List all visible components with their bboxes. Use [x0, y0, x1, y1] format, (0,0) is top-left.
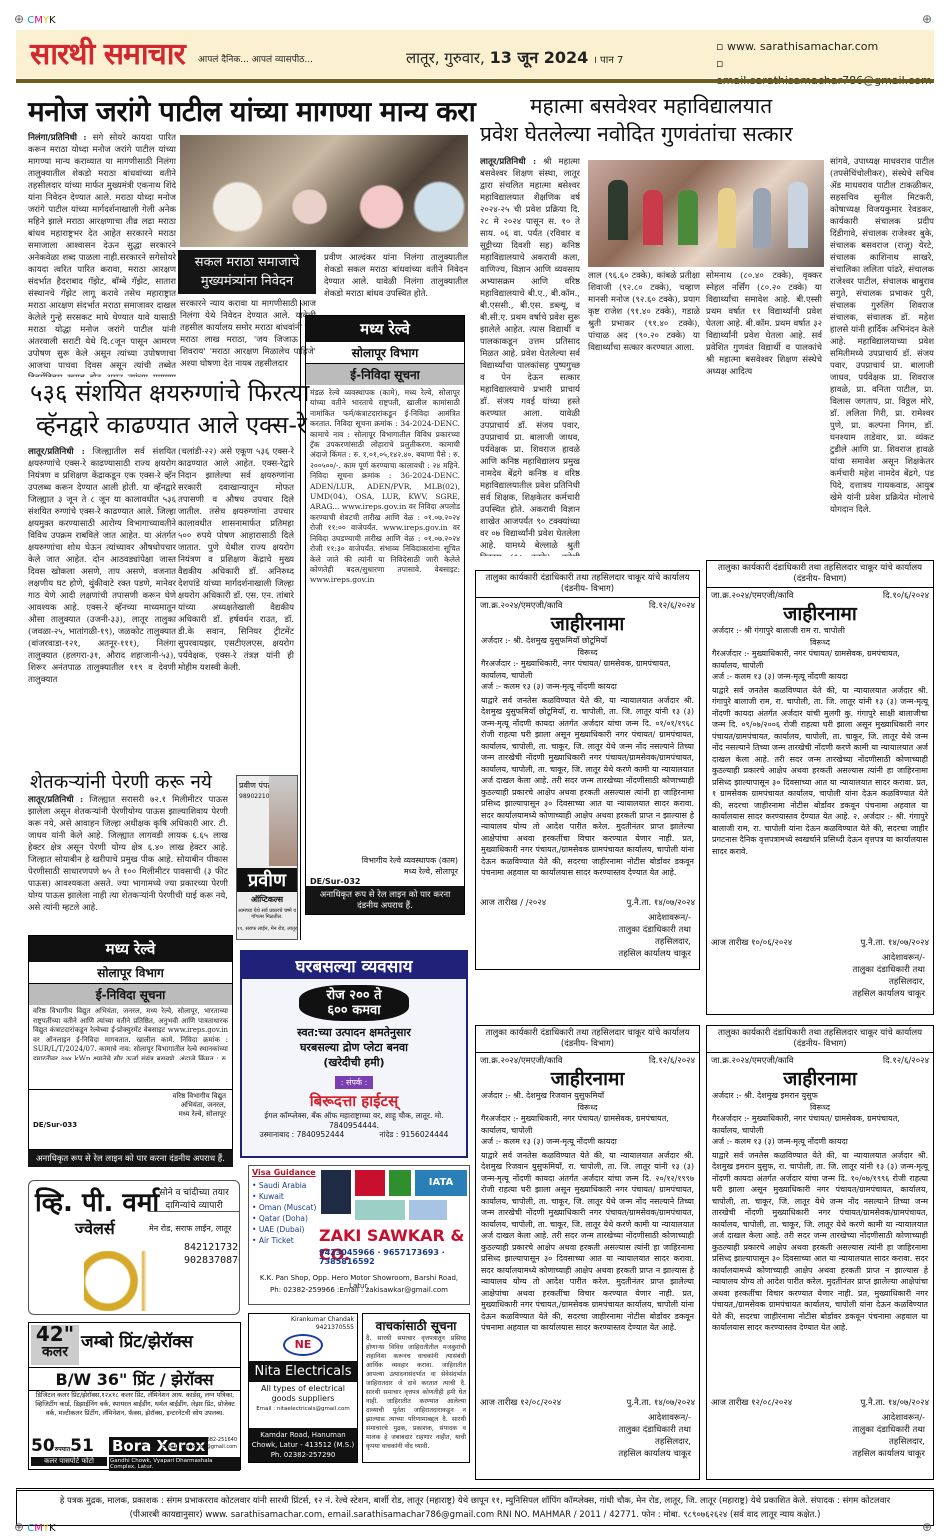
starburst-badge: रोज २०० ते६०० कमवा: [299, 985, 409, 1021]
umrah-icon: [389, 1170, 411, 1196]
id-card-icon: [409, 1200, 447, 1220]
headline-maratha: मनोज जरांगे पाटील यांच्या मागण्या मान्य …: [28, 92, 475, 130]
tender-division: सोलापूर विभाग: [306, 342, 464, 364]
public-notice: तालुका कार्यकारी दंडाधिकारी तथा तहसिलदार…: [706, 1025, 934, 1480]
visa-item: • Qatar (Doha): [252, 1213, 316, 1224]
visa-item: • UAE (Dubai): [252, 1224, 316, 1235]
cmyk-mark-top: ⊕ CMYK: [14, 12, 56, 26]
imprint-footer: हे पत्रक मुद्रक, मालक, प्रकाशक : संगम प्…: [16, 1488, 934, 1526]
headline-farmers: शेतकऱ्यांनी पेरणी करू नये: [30, 768, 212, 794]
story-college-col3: सोमनाथ (८०.४० टक्के), वृक्कर स्नेहल नर्स…: [706, 270, 822, 555]
tender-body: मंडळ रेल्वे व्यवस्थापक (कामे), मध्य रेल्…: [306, 385, 464, 855]
ad-bora-xerox: 42"कलर जम्बो प्रिंट/झेरॉक्स B/W 36" प्रि…: [28, 1322, 241, 1470]
headline-college-line2: प्रवेश घेतलेल्या नवोदित गुणवंतांचा सत्का…: [480, 120, 793, 148]
cmyk-mark-bottom: ⊕ CMYK: [14, 1520, 56, 1534]
story-college-col2: लाल (९६.६० टक्के), कांबळे प्रतीक्षा शिवा…: [588, 270, 700, 555]
visa-item: • Oman (Muscat): [252, 1202, 316, 1213]
visa-item: • Saudi Arabia: [252, 1180, 316, 1191]
story-tb-col2: (चलांडी-२२) असे एकूण ५३६ एक्स-रे काढण्या…: [178, 446, 294, 766]
reader-notice: वाचकांसाठी सूचना दै. सारथी समाचार वृत्तप…: [362, 1313, 470, 1463]
tender-notice-mid: मध्य रेल्वे सोलापूर विभाग ई-निविदा सूचना…: [305, 315, 465, 915]
masthead: सारथी समाचार आपलं दैनिक... आपलं व्यासपीठ…: [16, 30, 934, 78]
public-notice: तालुका कार्यकारी दंडाधिकारी तथा तहसिलदार…: [706, 560, 934, 1015]
notice-title: जाहीरनामा: [476, 613, 699, 635]
tender-left-footer: वरिष्ठ विभागीय विद्युतअभियंता, जनरल,मध्य…: [28, 1090, 233, 1150]
column-rule: [300, 300, 301, 940]
ad-nita-electricals: Kirankumar Chandak9421370555 NE Nita Ele…: [248, 1313, 358, 1463]
hajj-icon: [355, 1170, 385, 1196]
ad-zaki-sawkar-visa: Visa Guidance • Saudi Arabia • Kuwait • …: [248, 1165, 470, 1305]
tender-notice-left: मध्य रेल्वे सोलापूर विभाग ई-निविदा सूचना…: [28, 935, 233, 1090]
masthead-rule: [16, 79, 934, 83]
headline-college-line1: महात्मा बसवेश्वर महाविद्यालयात: [530, 92, 772, 120]
tender-org: मध्य रेल्वे: [306, 316, 464, 342]
story-maratha-col3: प्रवीण आल्दंकर यांना निलंगा तालुक्यातील …: [324, 252, 468, 300]
story-maratha-col1: निलंगा/प्रतिनिधी : सगे सोयरे कायदा पारित…: [28, 132, 176, 377]
website-link[interactable]: ▫ www. sarathisamachar.com: [716, 38, 934, 55]
story-farmers-body: लातूर/प्रतिनिधी : जिल्ह्यात सरासरी ७२.१ …: [28, 794, 228, 924]
visa-item: • Air Ticket: [252, 1235, 316, 1246]
nita-logo-icon: NE: [283, 1334, 323, 1356]
photo-caption-box: सकल मराठा समाजाचे मुख्यमंत्र्यांना निवेद…: [178, 250, 316, 294]
headline-tb-line1: ५३६ संशयित क्षयरुग्णांचे फिरत्या: [30, 376, 309, 409]
passport-icon: [321, 1170, 351, 1214]
headline-tb-line2: व्हॅनद्वारे काढण्यात आले एक्स-रे: [36, 408, 307, 441]
model-image: [269, 776, 297, 866]
tender-warning: अनाधिकृत रूप से रेल लाइन को पार करना दंड…: [306, 886, 464, 914]
iata-icon: IATA: [415, 1170, 467, 1196]
visa-item: • Kuwait: [252, 1191, 316, 1202]
photo-college-felicitation: [588, 160, 824, 267]
story-college-col4: सांगवे, उपाध्यक्ष माधवराव पाटील (तपसेचिं…: [830, 156, 934, 556]
tagline: आपलं दैनिक... आपलं व्यासपीठ...: [198, 52, 313, 65]
registration-icon: ⊕: [14, 12, 24, 26]
email-link[interactable]: ▫ email.sarathisamachar786@gmail.com: [716, 55, 934, 89]
tender-type: ई-निविदा सूचना: [306, 364, 464, 385]
ad-vp-varma-jewellers: व्हि. पी. वर्मा ज्वेलर्स सोने व चांदीच्य…: [28, 1180, 240, 1315]
public-notice: तालुका कार्यकारी दंडाधिकारी तथा तहसिलदार…: [475, 1025, 700, 1480]
registration-icon: ⊕: [922, 1520, 932, 1534]
air-india-card: [355, 1200, 405, 1220]
tender-signature: विभागीय रेल्वे व्यवस्थापक (काम)मध्य रेल्…: [306, 855, 464, 877]
story-college-col1: लातूर/प्रतिनिधी : श्री महात्मा बसवेश्वर …: [480, 156, 580, 556]
jewellery-image: [84, 1251, 179, 1311]
story-tb-col1: लातूर/प्रतिनिधी : जिल्ह्यातील सर्व संशयि…: [28, 446, 176, 766]
story-maratha-col2: सरकारने न्याय करावा या मागणीसाठी आज निलं…: [180, 298, 316, 370]
photo-maratha-delegation: [180, 135, 468, 247]
tender-ref: DE/Sur-032: [306, 877, 464, 886]
registration-icon: ⊕: [922, 12, 932, 26]
newspaper-title: सारथी समाचार: [30, 32, 185, 73]
public-notice: तालुका कार्यकारी दंडाधिकारी तथा तहसिलदार…: [475, 570, 700, 970]
ad-praveen-opticals: प्रवीण पंपटवार 9890221069 प्रवीण ऑप्टिकल…: [236, 775, 298, 940]
tender-left-warning: अनाधिकृत रूप से रेल लाइन को पार करना दंड…: [28, 1150, 233, 1167]
issue-date: लातूर, गुरुवार, 13 जून 2024 । पान 7: [406, 46, 623, 68]
ad-home-business: घरबसल्या व्यवसाय रोज २०० ते६०० कमवा स्वत…: [240, 950, 468, 1158]
